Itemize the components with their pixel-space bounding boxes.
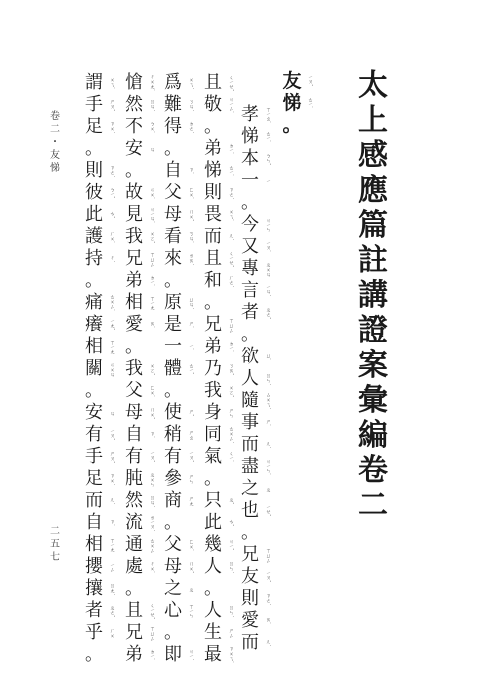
zhuyin-annotation: ㄊㄧˋ: [261, 131, 271, 143]
character-with-zhuyin: 通ㄊㄨㄥ: [124, 534, 155, 556]
title-char: 上: [358, 103, 388, 138]
character: 弟: [124, 644, 144, 666]
character-with-zhuyin: 言ㄧㄢˊ: [240, 280, 271, 302]
character-with-zhuyin: 則ㄗㄜˊ: [203, 182, 234, 204]
character: 。: [203, 468, 223, 490]
zhuyin-annotation: ㄨㄛˇ: [145, 363, 155, 376]
character: 使: [163, 402, 183, 424]
character: 愛: [240, 610, 260, 632]
character-with-zhuyin: 一ㄧˋ: [163, 336, 194, 358]
character: 然: [124, 490, 144, 512]
character-with-zhuyin: 攘ㄖㄤˊ: [84, 578, 115, 600]
character: 母: [163, 556, 183, 578]
zhuyin-annotation: ㄌㄧㄡˊ: [145, 515, 155, 532]
zhuyin-annotation: ㄗㄨˊ: [105, 473, 115, 486]
punctuation-mark: 。: [282, 114, 313, 136]
character-with-zhuyin: 者ㄓㄜˇ: [240, 302, 271, 324]
character: 足: [84, 116, 104, 138]
title-char: 證: [358, 313, 388, 348]
character-with-zhuyin: 謂ㄨㄟˋ: [84, 72, 115, 94]
character: 。: [124, 160, 144, 182]
character-with-zhuyin: 兄ㄒㄩㄥ: [124, 622, 155, 644]
title-char: 案: [358, 348, 388, 383]
zhuyin-annotation: ㄋㄞˇ: [224, 363, 234, 376]
character-with-zhuyin: 相ㄒㄧㄤ: [84, 534, 115, 556]
character: 兄: [124, 248, 144, 270]
character-with-zhuyin: 難ㄋㄢˊ: [163, 94, 194, 116]
character-with-zhuyin: 愛ㄞˋ: [240, 610, 271, 632]
character-with-zhuyin: 我ㄨㄛˇ: [203, 380, 234, 402]
character-with-zhuyin: 友ㄧㄡˇ: [240, 566, 271, 588]
character: 。: [163, 380, 183, 402]
character-with-zhuyin: 敬ㄐㄧㄥˋ: [203, 94, 234, 116]
zhuyin-annotation: ㄕㄣ: [184, 474, 194, 484]
character-with-zhuyin: 爲ㄨㄟˊ: [163, 72, 194, 94]
character: 母: [124, 402, 144, 424]
character-with-zhuyin: 同ㄊㄨㄥˊ: [203, 424, 234, 446]
character: 有: [84, 424, 104, 446]
character-with-zhuyin: 關ㄍㄨㄢ: [84, 358, 115, 380]
zhuyin-annotation: ㄢ: [105, 411, 115, 416]
character: 體: [163, 358, 183, 380]
zhuyin-annotation: ㄊㄧˇ: [184, 363, 194, 375]
character: 流: [124, 512, 144, 534]
character-with-zhuyin: 弟ㄉㄧˋ: [124, 270, 155, 292]
character: 友: [240, 566, 260, 588]
character-with-zhuyin: 兄ㄒㄩㄥ: [203, 314, 234, 336]
zhuyin-annotation: ㄍㄨㄢ: [105, 362, 115, 377]
character: 安: [124, 138, 144, 160]
character-with-zhuyin: 母ㄇㄨˇ: [163, 556, 194, 578]
zhuyin-annotation: ㄊㄧˋ: [224, 165, 234, 177]
character-with-zhuyin: 稍ㄕㄠ: [163, 424, 194, 446]
character: 。: [124, 336, 144, 358]
character-with-zhuyin: 本ㄅㄣˇ: [240, 148, 271, 170]
character-with-zhuyin: 有ㄧㄡˇ: [124, 446, 155, 468]
zhuyin-annotation: ㄗㄜˊ: [105, 165, 115, 178]
punctuation-mark: 。: [84, 270, 115, 292]
character-with-zhuyin: 生ㄕㄥ: [203, 622, 234, 644]
character: 見: [124, 204, 144, 226]
zhuyin-annotation: ㄕˋ: [261, 419, 271, 427]
character: 悌: [282, 92, 302, 114]
zhuyin-annotation: ㄕㄤ: [184, 496, 194, 506]
title-char: 感: [358, 138, 388, 173]
zhuyin-annotation: ㄖㄢˊ: [145, 495, 155, 508]
character-with-zhuyin: 弟ㄉㄧˋ: [203, 336, 234, 358]
character: 稍: [163, 424, 183, 446]
character: 心: [163, 600, 183, 622]
character: 者: [84, 600, 104, 622]
character-with-zhuyin: 事ㄕˋ: [240, 412, 271, 434]
zhuyin-annotation: ㄖㄣˊ: [261, 373, 271, 386]
punctuation-mark: 。: [84, 644, 115, 666]
zhuyin-annotation: ㄅㄣˇ: [261, 153, 271, 166]
character: 者: [240, 302, 260, 324]
zhuyin-annotation: ㄓ: [261, 487, 271, 492]
zhuyin-annotation: ㄧㄤˇ: [105, 319, 115, 331]
character: 。: [163, 270, 183, 292]
zhuyin-annotation: ㄒㄩㄥ: [261, 548, 271, 563]
zhuyin-annotation: ㄕㄣ: [224, 408, 234, 418]
character-with-zhuyin: 身ㄕㄣ: [203, 402, 234, 424]
character: 我: [124, 358, 144, 380]
zhuyin-annotation: ㄉㄧˋ: [145, 649, 155, 661]
punctuation-mark: 。: [163, 622, 194, 644]
character: 而: [240, 632, 260, 654]
character: 。: [203, 116, 223, 138]
page-number: 二五七: [50, 525, 60, 564]
character: 父: [124, 380, 144, 402]
zhuyin-annotation: ㄊㄨㄥˊ: [224, 426, 234, 444]
character-with-zhuyin: 孝ㄒㄧㄠˋ: [240, 104, 271, 126]
character: 關: [84, 358, 104, 380]
character: 攘: [84, 578, 104, 600]
character-with-zhuyin: 弟ㄉㄧˋ: [124, 644, 155, 666]
zhuyin-annotation: ㄕㄡˇ: [105, 451, 115, 464]
character: 兄: [203, 314, 223, 336]
zhuyin-annotation: ㄊㄨㄥ: [145, 538, 155, 553]
character-with-zhuyin: 弟ㄉㄧˋ: [203, 138, 234, 160]
character-with-zhuyin: 母ㄇㄨˇ: [124, 402, 155, 424]
character-with-zhuyin: 和ㄏㄜˊ: [203, 270, 234, 292]
character: 。: [282, 114, 302, 136]
character-with-zhuyin: 是ㄕˋ: [163, 314, 194, 336]
footer-char: 友: [50, 149, 60, 162]
character-with-zhuyin: 參ㄕㄣ: [163, 468, 194, 490]
zhuyin-annotation: ㄗㄨˊ: [105, 121, 115, 134]
character-with-zhuyin: 父ㄈㄨˋ: [124, 380, 155, 402]
character-with-zhuyin: 父ㄈㄨˋ: [163, 534, 194, 556]
zhuyin-annotation: ㄓㄨㄣ: [145, 472, 155, 487]
punctuation-mark: 。: [84, 138, 115, 160]
character: 敬: [203, 94, 223, 116]
character-with-zhuyin: 人ㄖㄣˊ: [203, 556, 234, 578]
character: 乃: [203, 358, 223, 380]
character: 。: [124, 578, 144, 600]
zhuyin-annotation: ㄒㄩㄥ: [145, 626, 155, 641]
punctuation-mark: 。: [203, 292, 234, 314]
zhuyin-annotation: ㄉㄜˊ: [184, 121, 194, 134]
zhuyin-annotation: ㄧㄝˇ: [261, 505, 271, 517]
character-with-zhuyin: 則ㄗㄜˊ: [240, 588, 271, 610]
zhuyin-annotation: ㄋㄢˊ: [184, 99, 194, 112]
zhuyin-annotation: ㄕˇ: [184, 409, 194, 417]
character-with-zhuyin: 且ㄑㄧㄝˇ: [203, 248, 234, 270]
title-char: 二: [358, 488, 388, 523]
zhuyin-annotation: ㄕㄡˇ: [105, 99, 115, 112]
zhuyin-annotation: ㄒㄩㄥ: [145, 252, 155, 267]
zhuyin-annotation: ㄞˋ: [261, 617, 271, 625]
character: 弟: [203, 138, 223, 160]
character-with-zhuyin: 父ㄈㄨˋ: [163, 182, 194, 204]
title-char: 應: [358, 173, 388, 208]
title-char: 編: [358, 418, 388, 453]
character: 。: [163, 512, 183, 534]
footer-char: 七: [50, 551, 60, 564]
character: 而: [240, 434, 260, 456]
character-with-zhuyin: 而ㄦˊ: [240, 434, 271, 456]
character-with-zhuyin: 足ㄗㄨˊ: [84, 468, 115, 490]
character: 。: [84, 644, 104, 666]
text-column-1: 孝ㄒㄧㄠˋ悌ㄊㄧˋ本ㄅㄣˇ一ㄧ。今ㄐㄧㄣ又ㄧㄡˋ專ㄓㄨㄢ言ㄧㄢˊ者ㄓㄜˇ。欲ㄩˋ…: [240, 104, 271, 654]
character-with-zhuyin: 看ㄎㄢˋ: [163, 226, 194, 248]
character-with-zhuyin: 然ㄖㄢˊ: [124, 490, 155, 512]
character-with-zhuyin: 手ㄕㄡˇ: [84, 94, 115, 116]
character: 謂: [84, 72, 104, 94]
character: 又: [240, 236, 260, 258]
character: 參: [163, 468, 183, 490]
character: 弟: [124, 270, 144, 292]
character-with-zhuyin: 愴ㄔㄨㄤˋ: [124, 72, 155, 94]
zhuyin-annotation: ㄗˋ: [145, 431, 155, 439]
zhuyin-annotation: ㄏㄨ: [105, 628, 115, 638]
zhuyin-annotation: ㄏㄨˋ: [105, 231, 115, 244]
character-with-zhuyin: 癢ㄧㄤˇ: [84, 314, 115, 336]
punctuation-mark: 。: [203, 578, 234, 600]
title-char: 註: [358, 243, 388, 278]
footer-char: 二: [50, 123, 60, 136]
character: 護: [84, 226, 104, 248]
zhuyin-annotation: ㄘˇ: [224, 519, 234, 527]
character-with-zhuyin: 不ㄅㄨˋ: [124, 116, 155, 138]
character: 攖: [84, 556, 104, 578]
zhuyin-annotation: ㄊㄨㄥˋ: [105, 294, 115, 312]
character-with-zhuyin: 悌ㄊㄧˋ: [203, 160, 234, 182]
zhuyin-annotation: ㄖㄢˊ: [145, 99, 155, 112]
running-header-section: 卷二・友悌: [50, 110, 60, 175]
character: 。: [240, 522, 260, 544]
character-with-zhuyin: 者ㄓㄜˇ: [84, 600, 115, 622]
character-with-zhuyin: 肫ㄓㄨㄣ: [124, 468, 155, 490]
character: 只: [203, 490, 223, 512]
zhuyin-annotation: ㄍㄨˋ: [145, 187, 155, 200]
zhuyin-annotation: ㄧˋ: [184, 344, 194, 351]
character: 人: [203, 600, 223, 622]
text-column-2: 且ㄑㄧㄝˇ敬ㄐㄧㄥˋ。弟ㄉㄧˋ悌ㄊㄧˋ則ㄗㄜˊ畏ㄨㄟˋ而ㄦˊ且ㄑㄧㄝˇ和ㄏㄜˊ。…: [203, 72, 234, 666]
character-with-zhuyin: 我ㄨㄛˇ: [124, 358, 155, 380]
character: 友: [282, 70, 302, 92]
character: 此: [84, 204, 104, 226]
character-with-zhuyin: 最ㄗㄨㄟˋ: [203, 644, 234, 666]
character-with-zhuyin: 之ㄓ: [240, 478, 271, 500]
character-with-zhuyin: 彼ㄅㄧˇ: [84, 182, 115, 204]
character: 相: [84, 336, 104, 358]
character: 事: [240, 412, 260, 434]
character-with-zhuyin: 此ㄘˇ: [203, 512, 234, 534]
character-with-zhuyin: 乎ㄏㄨ: [84, 622, 115, 644]
character: 幾: [203, 534, 223, 556]
character: 有: [163, 446, 183, 468]
character: 有: [124, 446, 144, 468]
character: 同: [203, 424, 223, 446]
character: 相: [84, 534, 104, 556]
zhuyin-annotation: ㄈㄨˋ: [184, 539, 194, 552]
zhuyin-annotation: ㄎㄢˋ: [184, 231, 194, 244]
character-with-zhuyin: 而ㄦˊ: [84, 490, 115, 512]
character-with-zhuyin: 也ㄧㄝˇ: [240, 500, 271, 522]
zhuyin-annotation: ㄐㄧㄣ: [261, 218, 271, 232]
character: 專: [240, 258, 260, 280]
character: 痛: [84, 292, 104, 314]
character-with-zhuyin: 乃ㄋㄞˇ: [203, 358, 234, 380]
character-with-zhuyin: 相ㄒㄧㄤ: [124, 292, 155, 314]
character: 一: [163, 336, 183, 358]
character-with-zhuyin: 人ㄖㄣˊ: [203, 600, 234, 622]
character: 自: [84, 512, 104, 534]
zhuyin-annotation: ㄕㄥ: [224, 628, 234, 638]
character: 則: [240, 588, 260, 610]
character: 最: [203, 644, 223, 666]
zhuyin-annotation: ㄦˊ: [224, 233, 234, 241]
zhuyin-annotation: ㄓㄜˇ: [261, 307, 271, 320]
punctuation-mark: 。: [240, 522, 271, 544]
zhuyin-annotation: ㄓ: [184, 587, 194, 592]
character-with-zhuyin: 兄ㄒㄩㄥ: [240, 544, 271, 566]
punctuation-mark: 。: [163, 138, 194, 160]
character-with-zhuyin: 一ㄧ: [240, 170, 271, 192]
character: 此: [203, 512, 223, 534]
zhuyin-annotation: ㄓㄨㄢ: [261, 262, 271, 277]
character-with-zhuyin: 則ㄗㄜˊ: [84, 160, 115, 182]
zhuyin-annotation: ㄧㄡˇ: [105, 429, 115, 441]
punctuation-mark: 。: [240, 192, 271, 214]
zhuyin-annotation: ㄔㄨㄤˋ: [145, 74, 155, 92]
punctuation-mark: 。: [240, 324, 271, 346]
character-with-zhuyin: 心ㄒㄧㄣ: [163, 600, 194, 622]
punctuation-mark: 。: [124, 160, 155, 182]
footer-char: 悌: [50, 162, 60, 175]
character-with-zhuyin: 護ㄏㄨˋ: [84, 226, 115, 248]
zhuyin-annotation: ㄑㄧˋ: [224, 451, 234, 463]
footer-char: 五: [50, 538, 60, 551]
zhuyin-annotation: ㄦˊ: [261, 639, 271, 647]
character-with-zhuyin: 母ㄇㄨˇ: [163, 204, 194, 226]
character-with-zhuyin: 自ㄗˋ: [163, 160, 194, 182]
zhuyin-annotation: ㄧㄡˋ: [261, 241, 271, 253]
character: 。: [203, 292, 223, 314]
character-with-zhuyin: 專ㄓㄨㄢ: [240, 258, 271, 280]
zhuyin-annotation: ㄗㄜˊ: [224, 187, 234, 200]
character: 我: [124, 226, 144, 248]
zhuyin-annotation: ㄒㄧㄤ: [105, 340, 115, 354]
character-with-zhuyin: 見ㄐㄧㄢˋ: [124, 204, 155, 226]
zhuyin-annotation: ㄑㄧㄝˇ: [224, 251, 234, 268]
character: 和: [203, 270, 223, 292]
zhuyin-annotation: ㄧㄡˇ: [145, 451, 155, 463]
character: 父: [163, 182, 183, 204]
zhuyin-annotation: ㄓˇ: [224, 497, 234, 505]
zhuyin-annotation: ㄖㄣˊ: [224, 561, 234, 574]
zhuyin-annotation: ㄨㄟˊ: [184, 77, 194, 90]
zhuyin-annotation: ㄩㄢˊ: [184, 297, 194, 310]
character: 不: [124, 116, 144, 138]
text-column-4: 愴ㄔㄨㄤˋ然ㄖㄢˊ不ㄅㄨˋ安ㄢ。故ㄍㄨˋ見ㄐㄧㄢˋ我ㄨㄛˇ兄ㄒㄩㄥ弟ㄉㄧˋ相ㄒㄧ…: [124, 72, 155, 666]
zhuyin-annotation: ㄔˊ: [105, 255, 115, 263]
zhuyin-annotation: ㄗˋ: [105, 519, 115, 527]
zhuyin-annotation: ㄇㄨˇ: [184, 209, 194, 222]
character-with-zhuyin: 今ㄐㄧㄣ: [240, 214, 271, 236]
character: 安: [84, 402, 104, 424]
character: 爲: [163, 72, 183, 94]
zhuyin-annotation: ㄉㄧˋ: [145, 275, 155, 287]
character: 持: [84, 248, 104, 270]
section-heading: 友ㄧㄡˇ悌ㄊㄧˋ。: [282, 70, 313, 136]
zhuyin-annotation: ㄌㄞˊ: [184, 253, 194, 266]
character-with-zhuyin: 友ㄧㄡˇ: [282, 70, 313, 92]
zhuyin-annotation: ㄒㄧㄣ: [184, 604, 194, 618]
character-with-zhuyin: 悌ㄊㄧˋ: [240, 126, 271, 148]
zhuyin-annotation: ㄧㄥ: [105, 563, 115, 572]
zhuyin-annotation: ㄙㄨㄟˊ: [261, 392, 271, 410]
character: 故: [124, 182, 144, 204]
character: 手: [84, 446, 104, 468]
zhuyin-annotation: ㄇㄨˇ: [184, 561, 194, 574]
zhuyin-annotation: ㄦˊ: [261, 441, 271, 449]
zhuyin-annotation: ㄒㄩㄥ: [224, 318, 234, 333]
character: 盡: [240, 456, 260, 478]
title-char: 太: [358, 68, 388, 103]
footer-char: 卷: [50, 110, 60, 123]
character: 足: [84, 468, 104, 490]
punctuation-mark: 。: [124, 578, 155, 600]
character-with-zhuyin: 且ㄑㄧㄝˇ: [203, 72, 234, 94]
zhuyin-annotation: ㄕˋ: [184, 321, 194, 329]
character-with-zhuyin: 來ㄌㄞˊ: [163, 248, 194, 270]
character: 隨: [240, 390, 260, 412]
zhuyin-annotation: ㄨㄟˋ: [224, 209, 234, 222]
zhuyin-annotation: ㄔㄨˋ: [145, 561, 155, 574]
title-char: 彙: [358, 383, 388, 418]
character: 。: [163, 622, 183, 644]
character-with-zhuyin: 我ㄨㄛˇ: [124, 226, 155, 248]
character: 難: [163, 94, 183, 116]
character: 一: [240, 170, 260, 192]
zhuyin-annotation: ㄘˇ: [105, 211, 115, 219]
character-with-zhuyin: 手ㄕㄡˇ: [84, 446, 115, 468]
character-with-zhuyin: 畏ㄨㄟˋ: [203, 204, 234, 226]
character: 。: [203, 578, 223, 600]
zhuyin-annotation: ㄉㄧˋ: [224, 143, 234, 155]
zhuyin-annotation: ㄩˋ: [261, 353, 271, 361]
zhuyin-annotation: ㄧㄡˇ: [261, 571, 271, 583]
character: 得: [163, 116, 183, 138]
character-with-zhuyin: 而ㄦˊ: [203, 226, 234, 248]
character: 言: [240, 280, 260, 302]
character-with-zhuyin: 此ㄘˇ: [84, 204, 115, 226]
character-with-zhuyin: 又ㄧㄡˋ: [240, 236, 271, 258]
character: 身: [203, 402, 223, 424]
punctuation-mark: 。: [163, 380, 194, 402]
character: 我: [203, 380, 223, 402]
zhuyin-annotation: ㄓㄜˇ: [105, 605, 115, 618]
character-with-zhuyin: 之ㄓ: [163, 578, 194, 600]
title-char: 篇: [358, 208, 388, 243]
zhuyin-annotation: ㄒㄧㄤ: [145, 296, 155, 310]
character-with-zhuyin: 盡ㄐㄧㄣˋ: [240, 456, 271, 478]
character: 乎: [84, 622, 104, 644]
character: 母: [163, 204, 183, 226]
character: 自: [163, 160, 183, 182]
character: 愛: [124, 314, 144, 336]
zhuyin-annotation: ㄖㄤˊ: [105, 583, 115, 596]
title-char: 卷: [358, 453, 388, 488]
zhuyin-annotation: ㄕㄠ: [184, 430, 194, 440]
punctuation-mark: 。: [163, 270, 194, 292]
character: 則: [84, 160, 104, 182]
punctuation-mark: 。: [203, 468, 234, 490]
character-with-zhuyin: 安ㄢ: [124, 138, 155, 160]
